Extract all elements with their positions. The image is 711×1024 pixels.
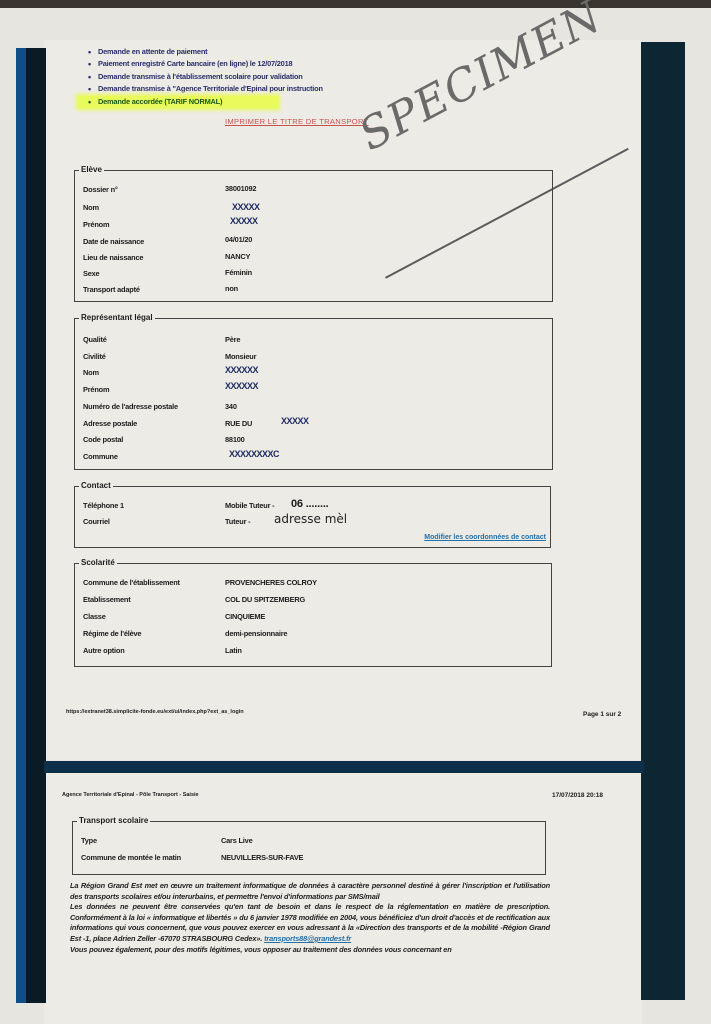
field-label: Lieu de naissance: [83, 253, 143, 262]
page-number: Page 1 sur 2: [583, 711, 621, 718]
field-prefix: Mobile Tuteur -: [225, 501, 274, 510]
field-label: Date de naissance: [83, 237, 144, 246]
field-value: NEUVILLERS-SUR-FAVE: [221, 853, 303, 862]
status-step: Paiement enregistré Carte bancaire (en l…: [88, 58, 323, 70]
field-value: NANCY: [225, 252, 250, 261]
field-value: Père: [225, 335, 240, 344]
field-label: Commune de l'établissement: [83, 578, 180, 587]
field-value: CINQUIEME: [225, 612, 265, 621]
field-label: Civilité: [83, 352, 106, 361]
edit-contact-link[interactable]: Modifier les coordonnées de contact: [424, 534, 546, 541]
legal-paragraph: Vous pouvez également, pour des motifs l…: [70, 945, 550, 956]
field-value: 340: [225, 402, 237, 411]
legal-paragraph: Les données ne peuvent être conservées q…: [70, 902, 550, 944]
print-transport-ticket-link[interactable]: IMPRIMER LE TITRE DE TRANSPORT: [225, 117, 369, 126]
field-label: Numéro de l'adresse postale: [83, 402, 178, 411]
section-legend: Elève: [79, 165, 104, 174]
field-value: Monsieur: [225, 352, 256, 361]
field-value: 04/01/20: [225, 235, 252, 244]
eleve-section: Elève Dossier n° 38001092 Nom XXXXX Prén…: [74, 170, 553, 302]
field-value: PROVENCHERES COLROY: [225, 578, 317, 587]
field-label: Adresse postale: [83, 419, 137, 428]
field-label: Transport adapté: [83, 285, 140, 294]
legal-paragraph: La Région Grand Est met en œuvre un trai…: [70, 881, 550, 902]
contact-section: Contact Téléphone 1 Mobile Tuteur - 06 .…: [74, 486, 551, 548]
field-label: Qualité: [83, 335, 107, 344]
field-value: Latin: [225, 646, 242, 655]
field-label: Prénom: [83, 220, 109, 229]
field-value: Cars Live: [221, 836, 252, 845]
section-legend: Scolarité: [79, 558, 117, 567]
field-label: Prénom: [83, 385, 109, 394]
field-label: Nom: [83, 368, 99, 377]
field-label: Autre option: [83, 646, 125, 655]
field-value: XXXXX: [232, 202, 260, 212]
binder-bar-left: [16, 48, 46, 1003]
section-legend: Transport scolaire: [77, 816, 150, 825]
representant-legal-section: Représentant légal Qualité Père Civilité…: [74, 318, 553, 470]
request-status-list: Demande en attente de paiement Paiement …: [88, 46, 323, 108]
field-value: Féminin: [225, 268, 252, 277]
field-label: Nom: [83, 203, 99, 212]
field-label: Téléphone 1: [83, 501, 124, 510]
binder-bar-right: [641, 42, 685, 1000]
field-value: demi-pensionnaire: [225, 629, 287, 638]
page-footer-url: https://extranet38.simplicite-fonde.eu/e…: [66, 709, 244, 715]
field-label: Commune: [83, 452, 118, 461]
field-prefix: Tuteur -: [225, 517, 250, 526]
field-value: 88100: [225, 435, 245, 444]
field-value: RUE DU: [225, 419, 252, 428]
field-label: Courriel: [83, 517, 110, 526]
field-value: 38001092: [225, 184, 256, 193]
status-step: Demande transmise à "Agence Territoriale…: [88, 83, 323, 95]
status-step-current: Demande accordée (TARIF NORMAL): [78, 96, 278, 108]
field-value: COL DU SPITZEMBERG: [225, 595, 305, 604]
email-value: adresse mèl: [274, 512, 347, 526]
field-label: Commune de montée le matin: [81, 853, 181, 862]
field-value: non: [225, 284, 238, 293]
field-value-redacted: XXXXX: [281, 416, 309, 426]
field-label: Etablissement: [83, 595, 131, 604]
transport-email-link[interactable]: transports88@grandest.fr: [264, 934, 351, 943]
field-value: XXXXXX: [225, 381, 258, 391]
field-value: XXXXXXXXC: [229, 449, 279, 459]
field-value: XXXXXX: [225, 365, 258, 375]
scolarite-section: Scolarité Commune de l'établissement PRO…: [74, 563, 552, 667]
transport-scolaire-section: Transport scolaire Type Cars Live Commun…: [72, 821, 546, 875]
field-label: Sexe: [83, 269, 99, 278]
field-value: XXXXX: [230, 216, 258, 226]
field-label: Classe: [83, 612, 106, 621]
field-label: Code postal: [83, 435, 123, 444]
legal-notice: La Région Grand Est met en œuvre un trai…: [70, 881, 550, 955]
field-label: Dossier n°: [83, 185, 118, 194]
section-legend: Contact: [79, 481, 113, 490]
page-separator-bar: [44, 761, 644, 773]
status-step: Demande transmise à l'établissement scol…: [88, 71, 323, 83]
page2-datetime: 17/07/2018 20:18: [552, 792, 603, 799]
phone-value: 06 ........: [291, 498, 329, 510]
status-step: Demande en attente de paiement: [88, 46, 323, 58]
page2-header: Agence Territoriale d'Epinal - Pôle Tran…: [62, 792, 199, 798]
section-legend: Représentant légal: [79, 313, 155, 322]
field-label: Type: [81, 836, 97, 845]
field-label: Régime de l'élève: [83, 629, 141, 638]
